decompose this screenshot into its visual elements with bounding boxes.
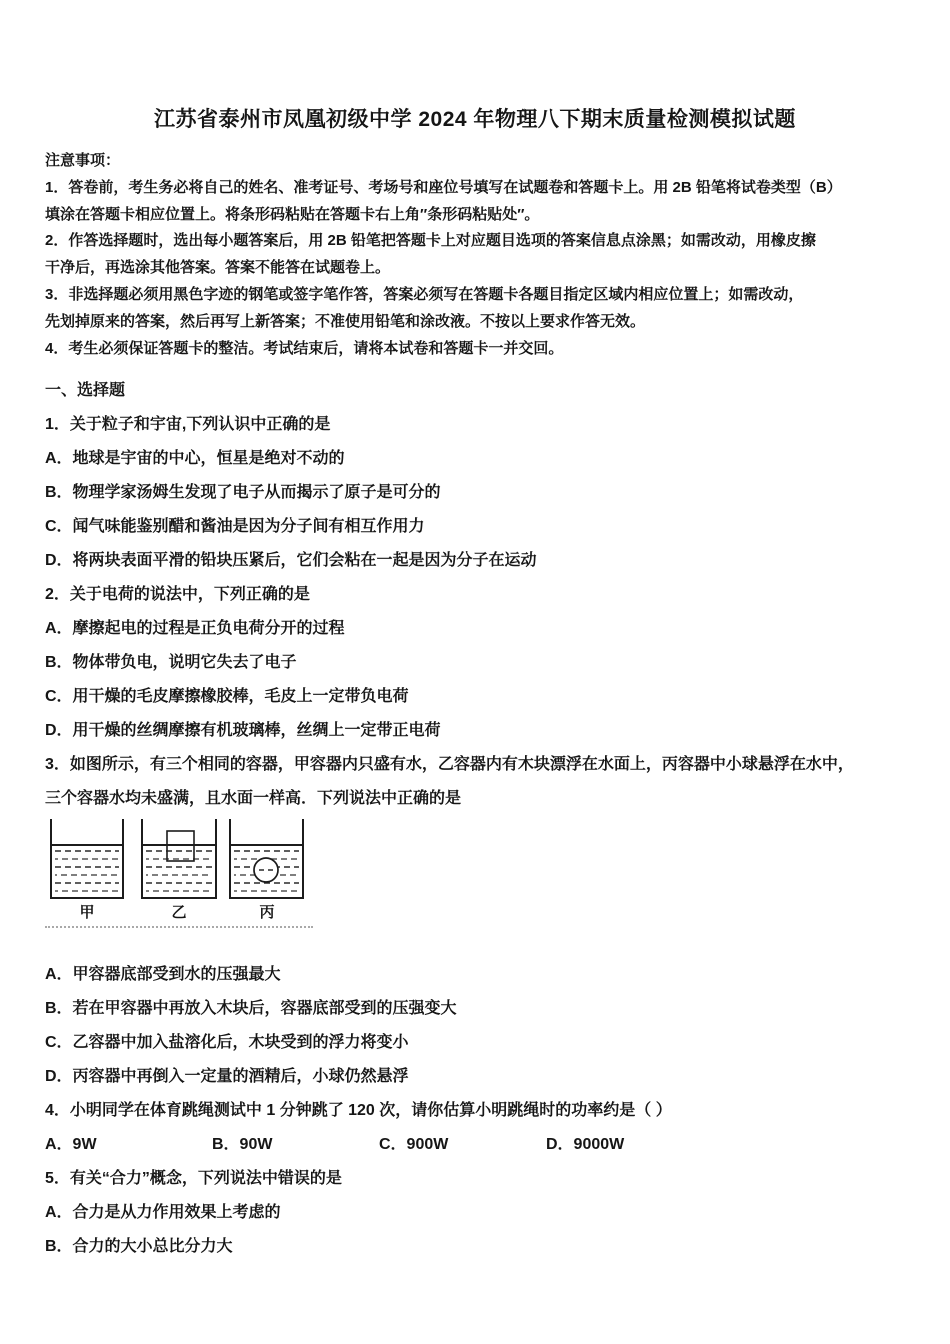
questions-section: 1．关于粒子和宇宙,下列认识中正确的是 A．地球是宇宙的中心，恒星是绝对不动的 … <box>45 408 905 1264</box>
question-2-option-a: A．摩擦起电的过程是正负电荷分开的过程 <box>45 612 905 646</box>
notice-heading: 注意事项： <box>45 148 905 175</box>
question-3-option-b: B．若在甲容器中再放入木块后，容器底部受到的压强变大 <box>45 992 905 1026</box>
question-4-option-a: A．9W <box>45 1128 212 1162</box>
notice-line: 先划掉原来的答案，然后再写上新答案；不准使用铅笔和涂改液。不按以上要求作答无效。 <box>45 309 905 336</box>
figure-label-yi: 乙 <box>167 903 191 923</box>
question-3-option-c: C．乙容器中加入盐溶化后，木块受到的浮力将变小 <box>45 1026 905 1060</box>
question-3-stem-line1: 3．如图所示，有三个相同的容器，甲容器内只盛有水，乙容器内有木块漂浮在水面上，丙… <box>45 748 905 782</box>
notice-line: 3．非选择题必须用黑色字迹的钢笔或签字笔作答，答案必须写在答题卡各题目指定区域内… <box>45 282 905 309</box>
question-4-options-row: A．9W B．90W C．900W D．9000W <box>45 1128 905 1162</box>
notice-line: 填涂在答题卡相应位置上。将条形码粘贴在答题卡右上角″条形码粘贴处″。 <box>45 202 905 229</box>
question-4-option-b: B．90W <box>212 1128 379 1162</box>
question-3-option-a: A．甲容器底部受到水的压强最大 <box>45 958 905 992</box>
question-2-option-b: B．物体带负电，说明它失去了电子 <box>45 646 905 680</box>
notice-line: 干净后，再选涂其他答案。答案不能答在试题卷上。 <box>45 255 905 282</box>
question-3-stem-line2: 三个容器水均未盛满，且水面一样高．下列说法中正确的是 <box>45 782 905 816</box>
notice-section: 注意事项： 1．答卷前，考生务必将自己的姓名、准考证号、考场号和座位号填写在试题… <box>45 148 905 362</box>
question-1-option-d: D．将两块表面平滑的铅块压紧后，它们会粘在一起是因为分子在运动 <box>45 544 905 578</box>
figure-divider-dotted-line <box>45 926 313 928</box>
question-5-stem: 5．有关“合力”概念，下列说法中错误的是 <box>45 1162 905 1196</box>
notice-line: 1．答卷前，考生务必将自己的姓名、准考证号、考场号和座位号填写在试题卷和答题卡上… <box>45 175 905 202</box>
notice-line: 2．作答选择题时，选出每小题答案后，用 2B 铅笔把答题卡上对应题目选项的答案信… <box>45 228 905 255</box>
question-2-stem: 2．关于电荷的说法中，下列正确的是 <box>45 578 905 612</box>
question-1-stem: 1．关于粒子和宇宙,下列认识中正确的是 <box>45 408 905 442</box>
question-1-option-c: C．闻气味能鉴别醋和酱油是因为分子间有相互作用力 <box>45 510 905 544</box>
section-heading-choice: 一、选择题 <box>45 374 905 408</box>
question-1-option-a: A．地球是宇宙的中心，恒星是绝对不动的 <box>45 442 905 476</box>
question-1-option-b: B．物理学家汤姆生发现了电子从而揭示了原子是可分的 <box>45 476 905 510</box>
question-5-option-a: A．合力是从力作用效果上考虑的 <box>45 1196 905 1230</box>
question-5-option-b: B．合力的大小总比分力大 <box>45 1230 905 1264</box>
question-3-figure: 甲 乙 丙 <box>45 818 905 932</box>
question-4-option-c: C．900W <box>379 1128 546 1162</box>
suspended-ball <box>254 858 278 882</box>
question-3-option-d: D．丙容器中再倒入一定量的酒精后，小球仍然悬浮 <box>45 1060 905 1094</box>
figure-label-jia: 甲 <box>75 903 99 923</box>
exam-paper-page: 江苏省泰州市凤凰初级中学 2024 年物理八下期末质量检测模拟试题 注意事项： … <box>0 0 950 1264</box>
three-containers-diagram <box>45 818 315 903</box>
question-4-option-d: D．9000W <box>546 1128 624 1162</box>
notice-line: 4．考生必须保证答题卡的整洁。考试结束后，请将本试卷和答题卡一并交回。 <box>45 336 905 363</box>
page-title: 江苏省泰州市凤凰初级中学 2024 年物理八下期末质量检测模拟试题 <box>45 104 905 136</box>
question-2-option-d: D．用干燥的丝绸摩擦有机玻璃棒，丝绸上一定带正电荷 <box>45 714 905 748</box>
question-4-stem: 4．小明同学在体育跳绳测试中 1 分钟跳了 120 次，请你估算小明跳绳时的功率… <box>45 1094 905 1128</box>
figure-label-bing: 丙 <box>255 903 279 923</box>
question-2-option-c: C．用干燥的毛皮摩擦橡胶棒，毛皮上一定带负电荷 <box>45 680 905 714</box>
